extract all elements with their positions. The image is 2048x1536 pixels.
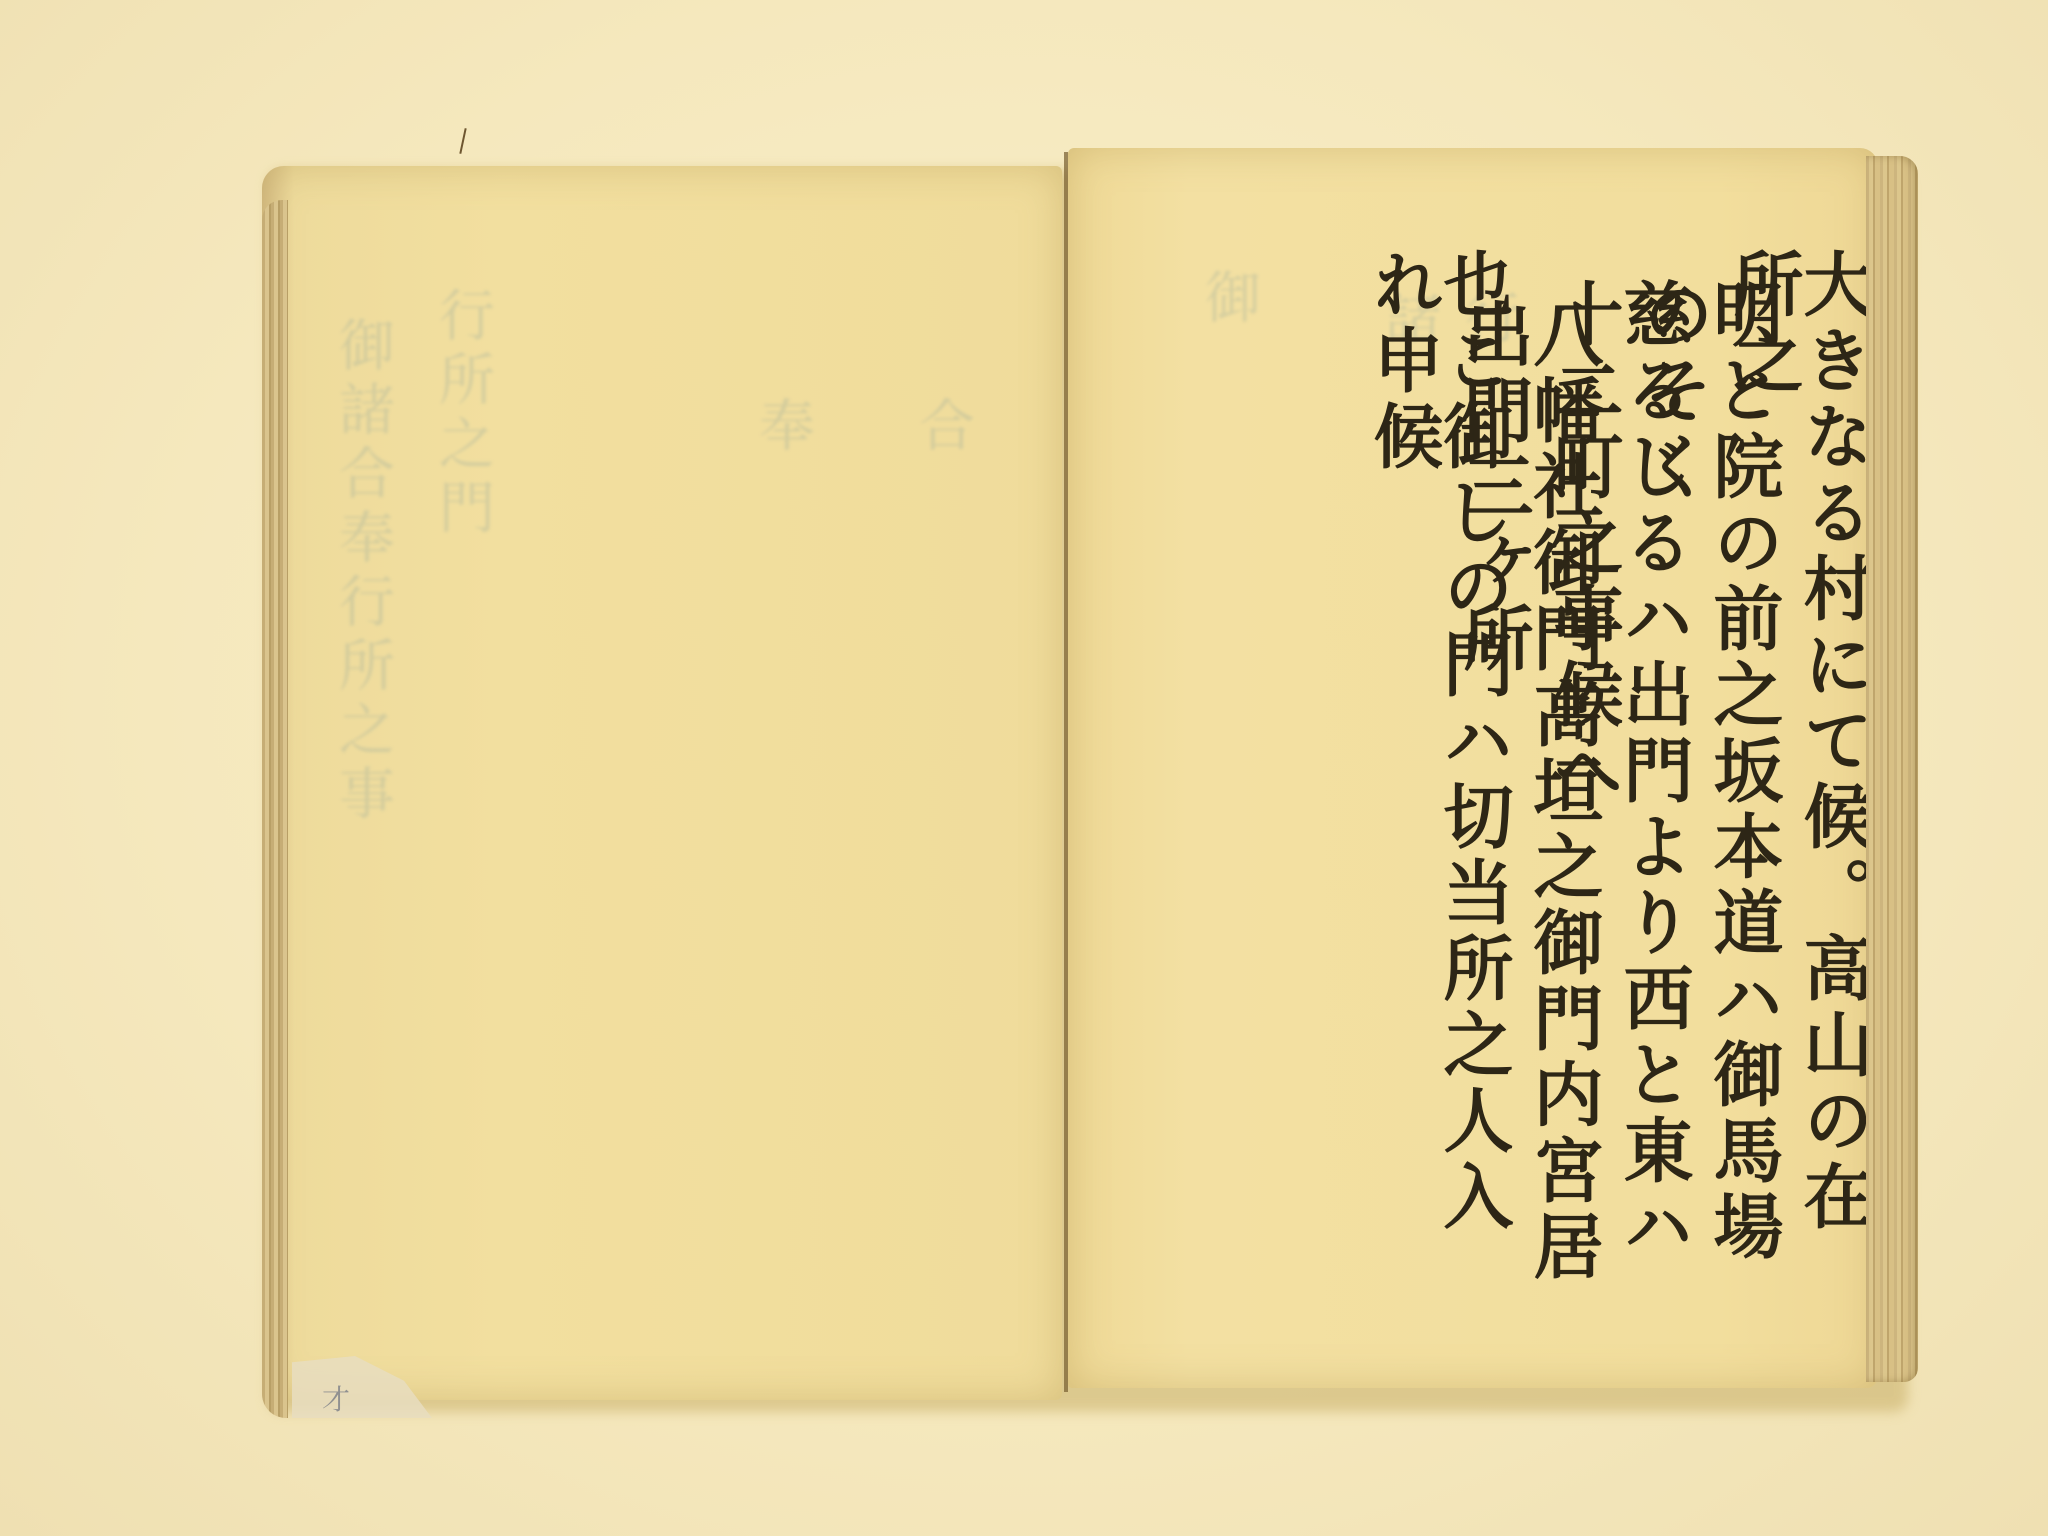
open-book: 御諸合奉行所之事 行所之門 奉 合 才 御 諸 行 大きなる村にて候。高山の在所… [262, 142, 1922, 1402]
show-through-text: 奉 [742, 396, 822, 996]
corner-damage [292, 1356, 432, 1418]
show-through-text: 行所之門 [422, 286, 502, 1186]
show-through-text: 御諸合奉行所之事 [322, 316, 402, 1216]
left-page: 御諸合奉行所之事 行所之門 奉 合 才 [262, 166, 1062, 1400]
show-through-text: 合 [902, 396, 982, 996]
right-page: 御 諸 行 大きなる村にて候。高山の在所之 明と院の前之坂本道ハ御馬場のそく 慈… [1068, 148, 1878, 1388]
text-column-5: 也こ御しの門ハ切当所之人入れ申候 [1368, 248, 1508, 1288]
left-page-edges [262, 200, 288, 1418]
damage-ink-fragment: 才 [322, 1378, 350, 1418]
fore-edge [1866, 156, 1918, 1382]
show-through-text: 御 [1188, 268, 1268, 1168]
